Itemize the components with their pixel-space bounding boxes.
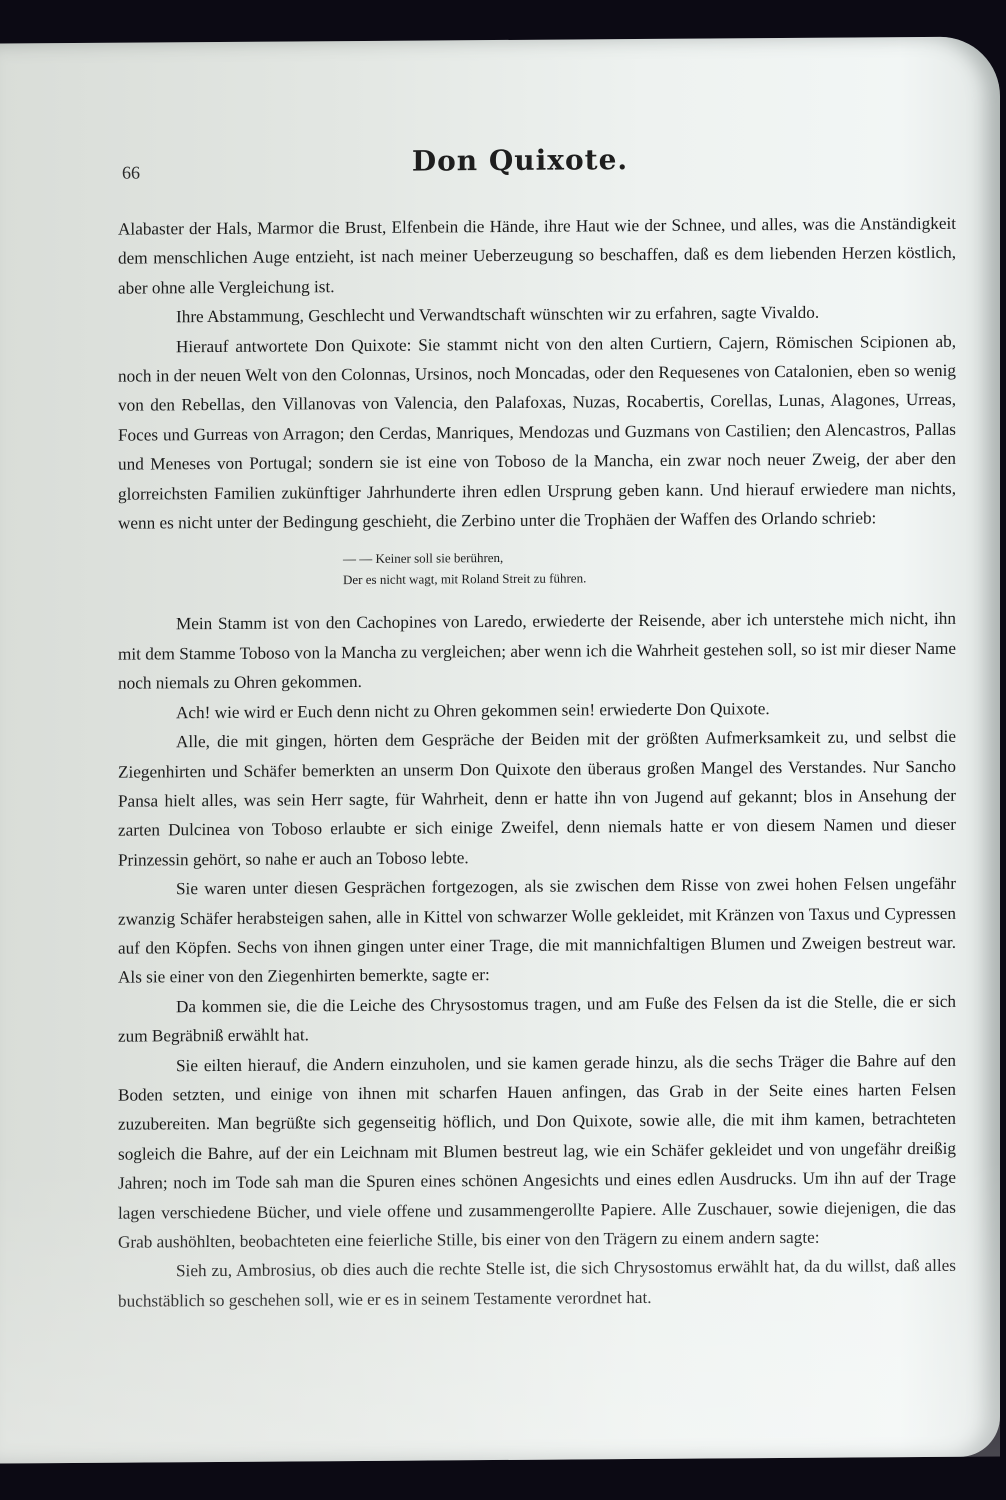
body-text: Alabaster der Hals, Marmor die Brust, El… [118,209,956,1316]
paragraph: Sieh zu, Ambrosius, ob dies auch die rec… [118,1251,956,1316]
paragraph: Da kommen sie, die die Leiche des Chryso… [118,987,956,1052]
paragraph: Sie waren unter diesen Gesprächen fortge… [118,869,956,992]
paragraph: Alabaster der Hals, Marmor die Brust, El… [118,209,956,303]
paragraph: Sie eilten hierauf, die Andern einzuhole… [118,1045,956,1257]
paragraph: Alle, die mit gingen, hörten dem Gespräc… [118,722,956,875]
paragraph: Mein Stamm ist von den Cachopines von La… [118,604,956,698]
paragraph: Hierauf antwortete Don Quixote: Sie stam… [118,326,956,538]
book-page: 66 Don Quixote. Alabaster der Hals, Marm… [0,37,1000,1464]
verse-line: Der es nicht wagt, mit Roland Streit zu … [343,565,956,590]
verse-quote: — — Keiner soll sie berühren, Der es nic… [118,544,956,592]
running-title: Don Quixote. [0,141,1000,181]
